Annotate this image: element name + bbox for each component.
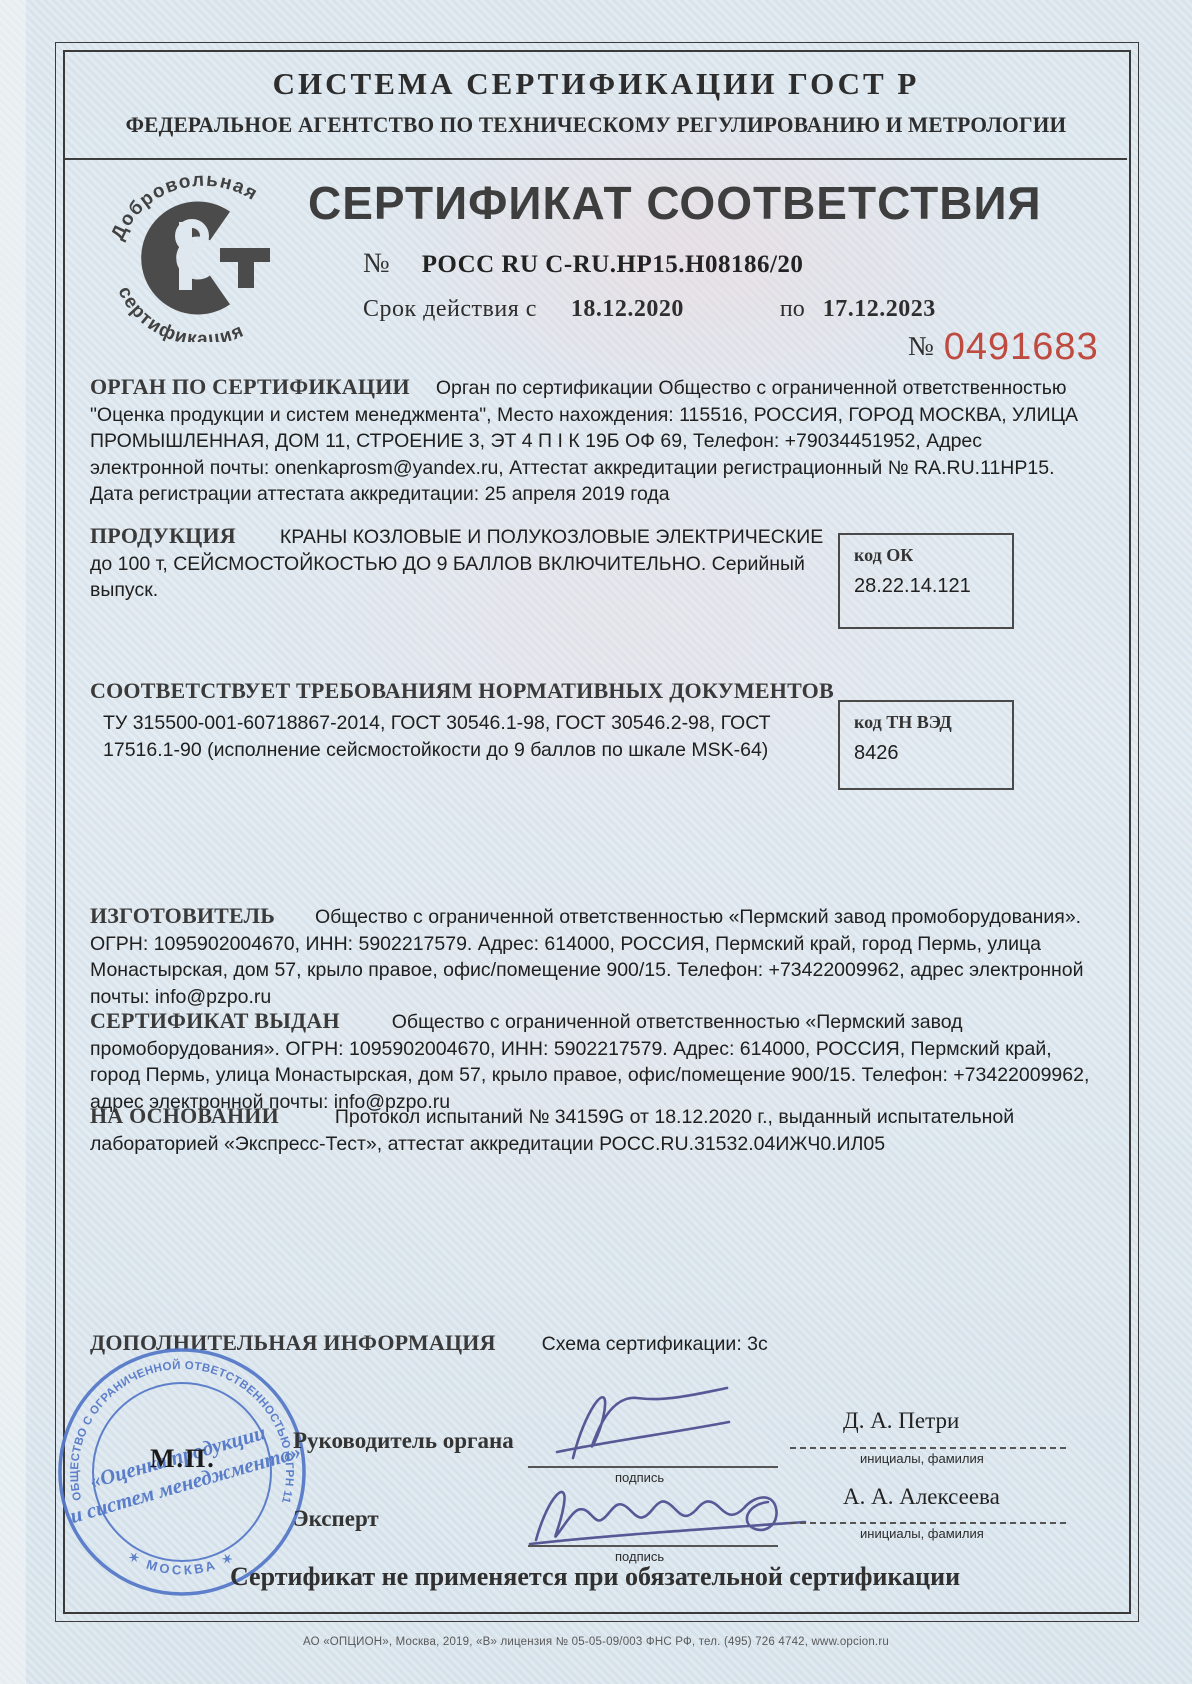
- number-sign: №: [363, 248, 390, 279]
- section-basis: НА ОСНОВАНИИПротокол испытаний № 34159G …: [90, 1101, 1094, 1157]
- code-tnved-box: код ТН ВЭД 8426: [838, 700, 1014, 790]
- stamp-place-label: М.П.: [150, 1444, 216, 1474]
- code-tnved-label: код ТН ВЭД: [854, 712, 998, 733]
- head-name-caption: инициалы, фамилия: [860, 1451, 984, 1466]
- blank-number-row: №0491683: [908, 326, 1099, 369]
- expert-name-caption: инициалы, фамилия: [860, 1526, 984, 1541]
- rst-logo-icon: Добровольная сертификация: [92, 172, 312, 342]
- certification-body-label: ОРГАН ПО СЕРТИФИКАЦИИ: [90, 374, 410, 399]
- expert-role-label: Эксперт: [293, 1506, 379, 1532]
- expert-name: А. А. Алексеева: [843, 1484, 1000, 1510]
- section-issued-to: СЕРТИФИКАТ ВЫДАНОбщество с ограниченной …: [90, 1006, 1094, 1115]
- restriction-note: Сертификат не применяется при обязательн…: [63, 1562, 1127, 1592]
- expert-signature-line: [528, 1545, 778, 1547]
- validity-label: Срок действия с: [363, 296, 537, 322]
- section-manufacturer: ИЗГОТОВИТЕЛЬОбщество с ограниченной отве…: [90, 901, 1094, 1010]
- agency-title: ФЕДЕРАЛЬНОЕ АГЕНТСТВО ПО ТЕХНИЧЕСКОМУ РЕ…: [79, 112, 1113, 138]
- section-certification-body: ОРГАН ПО СЕРТИФИКАЦИИОрган по сертификац…: [90, 372, 1096, 508]
- valid-from-date: 18.12.2020: [571, 296, 684, 322]
- basis-label: НА ОСНОВАНИИ: [90, 1103, 279, 1128]
- section-product: ПРОДУКЦИЯКРАНЫ КОЗЛОВЫЕ И ПОЛУКОЗЛОВЫЕ Э…: [90, 521, 842, 604]
- blank-number: 0491683: [944, 326, 1099, 368]
- rst-mark: [159, 219, 270, 297]
- expert-name-line: [790, 1522, 1066, 1524]
- header-divider: [65, 158, 1127, 160]
- code-ok-value: 28.22.14.121: [854, 575, 998, 598]
- code-ok-label: код ОК: [854, 545, 998, 566]
- head-name-line: [790, 1447, 1066, 1449]
- valid-to-date: 17.12.2023: [823, 296, 936, 322]
- code-tnved-value: 8426: [854, 742, 998, 765]
- certificate-number: РОСС RU C-RU.HP15.H08186/20: [422, 251, 804, 278]
- validity-row: Срок действия с18.12.2020по17.12.2023: [363, 296, 936, 323]
- scan-edge: [0, 0, 26, 1684]
- print-house-info: АО «ОПЦИОН», Москва, 2019, «В» лицензия …: [0, 1636, 1192, 1648]
- certificate-number-row: №РОСС RU C-RU.HP15.H08186/20: [363, 248, 803, 280]
- issued-to-label: СЕРТИФИКАТ ВЫДАН: [90, 1008, 340, 1033]
- manufacturer-label: ИЗГОТОВИТЕЛЬ: [90, 903, 275, 928]
- code-ok-box: код ОК 28.22.14.121: [838, 533, 1014, 629]
- head-name: Д. А. Петри: [843, 1408, 959, 1434]
- product-label: ПРОДУКЦИЯ: [90, 523, 236, 548]
- certificate-title: СЕРТИФИКАТ СООТВЕТСТВИЯ: [308, 176, 1068, 230]
- compliance-text: ТУ 315500-001-60718867-2014, ГОСТ 30546.…: [103, 710, 845, 763]
- valid-to-label: по: [780, 296, 805, 322]
- system-title: СИСТЕМА СЕРТИФИКАЦИИ ГОСТ Р: [63, 66, 1129, 102]
- head-signature-line: [528, 1466, 778, 1468]
- additional-info-text: Схема сертификации: 3с: [542, 1333, 768, 1355]
- certificate-page: СИСТЕМА СЕРТИФИКАЦИИ ГОСТ Р ФЕДЕРАЛЬНОЕ …: [0, 0, 1192, 1684]
- head-signature-caption: подпись: [615, 1470, 664, 1485]
- head-role-label: Руководитель органа: [293, 1428, 514, 1454]
- blank-number-sign: №: [908, 331, 934, 361]
